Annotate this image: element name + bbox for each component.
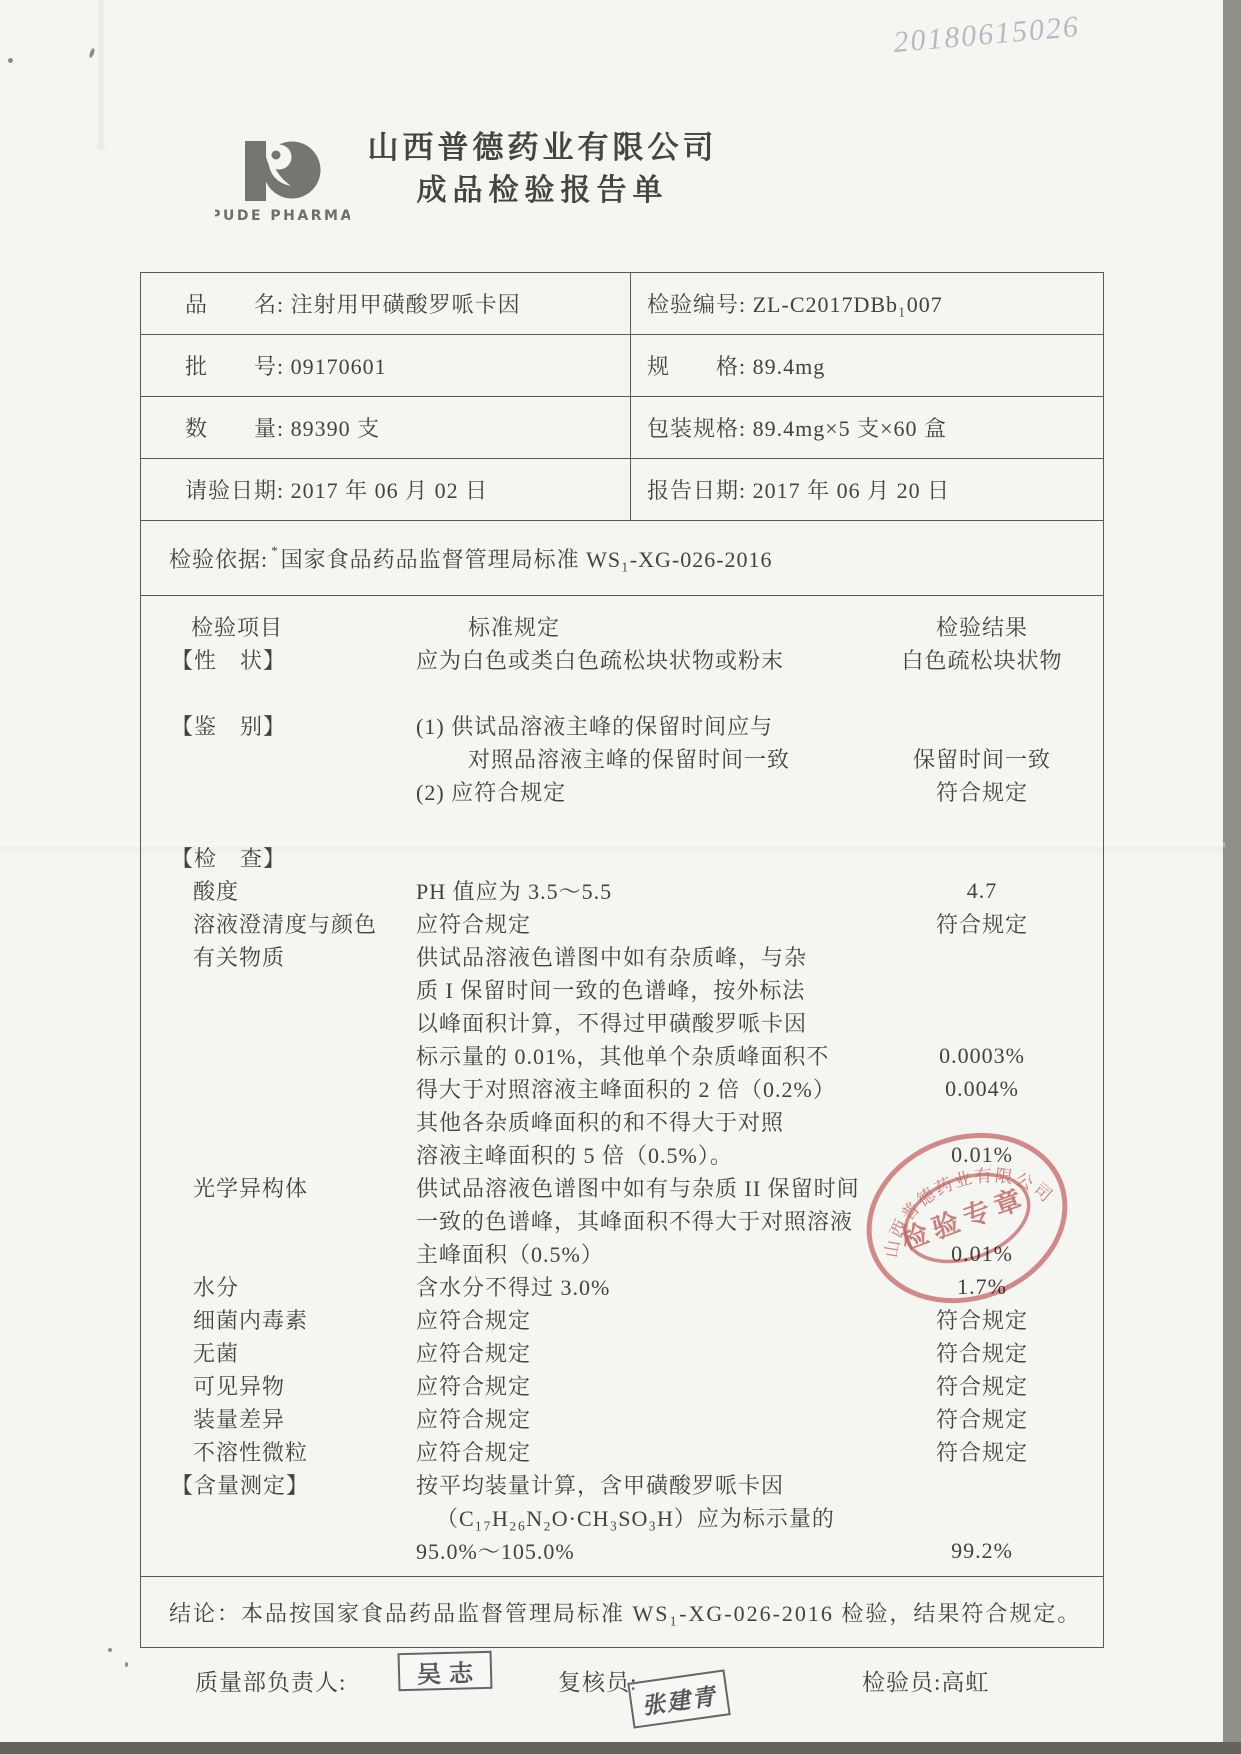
item-row: 对照品溶液主峰的保留时间一致保留时间一致 [141, 742, 1103, 775]
item-row: 酸度PH 值应为 3.5～5.54.7 [141, 874, 1103, 907]
items-header-row: 检验项目标准规定检验结果 [141, 610, 1103, 643]
items-spacer-row [141, 808, 1103, 841]
item-row: 标示量的 0.01%，其他单个杂质峰面积不0.0003% [141, 1039, 1103, 1072]
item-row: 以峰面积计算，不得过甲磺酸罗哌卡因 [141, 1006, 1103, 1039]
inspection-number: 检验编号: ZL-C2017DBb₁007 [631, 273, 1103, 334]
specification: 规 格: 89.4mg [631, 335, 1103, 396]
item-standard: 含水分不得过 3.0% [406, 1271, 861, 1302]
info-row-product: 品 名: 注射用甲磺酸罗哌卡因 检验编号: ZL-C2017DBb₁007 [141, 273, 1103, 335]
scan-artifact [108, 1648, 112, 1652]
item-row: 不溶性微粒应符合规定符合规定 [141, 1435, 1103, 1468]
item-row: 【检 查】 [141, 841, 1103, 874]
item-name: 细菌内毒素 [141, 1304, 406, 1335]
report-title: 成品检验报告单 [0, 165, 1085, 209]
item-standard: (2) 应符合规定 [406, 776, 861, 807]
item-name: 可见异物 [141, 1370, 406, 1401]
item-result: 符合规定 [861, 1337, 1103, 1368]
item-row: 得大于对照溶液主峰面积的 2 倍（0.2%）0.004% [141, 1072, 1103, 1105]
quantity: 数 量: 89390 支 [141, 397, 631, 458]
inspection-stamp: 山西普德药业有限公司 检验专章 [845, 1118, 1089, 1318]
report-date: 报告日期: 2017 年 06 月 20 日 [631, 459, 1103, 520]
item-name: 酸度 [141, 875, 406, 906]
product-name: 品 名: 注射用甲磺酸罗哌卡因 [141, 273, 631, 334]
item-standard: 溶液主峰面积的 5 倍（0.5%）。 [406, 1139, 861, 1170]
item-name: 【性 状】 [141, 644, 406, 675]
item-name: 有关物质 [141, 941, 406, 972]
info-row-dates: 请验日期: 2017 年 06 月 02 日 报告日期: 2017 年 06 月… [141, 459, 1103, 521]
report-table: 品 名: 注射用甲磺酸罗哌卡因 检验编号: ZL-C2017DBb₁007 批 … [140, 272, 1104, 1648]
scanned-report-page: 20180615026 PUDE PHARMA 山西普德药业有限公司 成品检验报… [0, 0, 1241, 1754]
item-row: 无菌应符合规定符合规定 [141, 1336, 1103, 1369]
item-result: 符合规定 [861, 776, 1103, 807]
item-result: 白色疏松块状物 [861, 644, 1103, 675]
item-row: 【性 状】应为白色或类白色疏松块状物或粉末白色疏松块状物 [141, 643, 1103, 676]
item-standard: 其他各杂质峰面积的和不得大于对照 [406, 1106, 861, 1137]
svg-text:山西普德药业有限公司: 山西普德药业有限公司 [862, 1140, 1061, 1265]
scan-edge-right [1223, 0, 1241, 1754]
handwritten-number: 20180615026 [892, 2, 1174, 60]
item-result: 符合规定 [861, 1436, 1103, 1467]
item-standard: 质 I 保留时间一致的色谱峰，按外标法 [406, 974, 861, 1005]
batch-number: 批 号: 09170601 [141, 335, 631, 396]
item-row: (2) 应符合规定符合规定 [141, 775, 1103, 808]
item-standard: 对照品溶液主峰的保留时间一致 [406, 743, 861, 774]
item-result: 0.004% [861, 1076, 1103, 1102]
conclusion: 结论：本品按国家食品药品监督管理局标准 WS₁-XG-026-2016 检验，结… [141, 1576, 1103, 1647]
request-date: 请验日期: 2017 年 06 月 02 日 [141, 459, 631, 520]
basis-value: 国家食品药品监督管理局标准 WS₁-XG-026-2016 [281, 543, 773, 574]
item-row: （C₁₇H₂₆N₂O·CH₃SO₃H）应为标示量的 [141, 1501, 1103, 1534]
item-standard: 以峰面积计算，不得过甲磺酸罗哌卡因 [406, 1007, 861, 1038]
item-standard: （C₁₇H₂₆N₂O·CH₃SO₃H）应为标示量的 [406, 1502, 861, 1533]
item-standard: 标示量的 0.01%，其他单个杂质峰面积不 [406, 1040, 861, 1071]
item-standard: 应符合规定 [406, 1337, 861, 1368]
info-row-batch: 批 号: 09170601 规 格: 89.4mg [141, 335, 1103, 397]
item-row: 【含量测定】按平均装量计算，含甲磺酸罗哌卡因 [141, 1468, 1103, 1501]
basis-label: 检验依据: [169, 543, 268, 574]
item-row: 可见异物应符合规定符合规定 [141, 1369, 1103, 1402]
item-standard: 95.0%～105.0% [406, 1535, 861, 1566]
company-name: 山西普德药业有限公司 [0, 122, 1085, 167]
scan-artifact [88, 48, 95, 59]
item-standard: 按平均装量计算，含甲磺酸罗哌卡因 [406, 1469, 861, 1500]
reviewer-name-stamp: 张建青 [627, 1669, 730, 1728]
logo-text: PUDE PHARMA [215, 208, 350, 224]
item-result: 4.7 [861, 878, 1103, 904]
item-row: 有关物质供试品溶液色谱图中如有杂质峰，与杂 [141, 940, 1103, 973]
item-standard: 应符合规定 [406, 1436, 861, 1467]
item-standard: 应符合规定 [406, 1403, 861, 1434]
items-spacer-row [141, 676, 1103, 709]
item-standard: PH 值应为 3.5～5.5 [406, 875, 861, 906]
item-name: 光学异构体 [141, 1172, 406, 1203]
item-standard: 应符合规定 [406, 1304, 861, 1335]
item-name: 不溶性微粒 [141, 1436, 406, 1467]
item-row: 装量差异应符合规定符合规定 [141, 1402, 1103, 1435]
stamp-company-text: 山西普德药业有限公司 [862, 1140, 1061, 1265]
item-name: 【含量测定】 [141, 1469, 406, 1500]
item-result: 符合规定 [861, 1370, 1103, 1401]
item-standard: 供试品溶液色谱图中如有与杂质 II 保留时间 [406, 1172, 861, 1203]
item-name: 溶液澄清度与颜色 [141, 908, 406, 939]
qa-manager-name-stamp: 吴志 [398, 1651, 493, 1691]
scan-artifact [8, 58, 13, 63]
item-name: 无菌 [141, 1337, 406, 1368]
inspection-basis: 检验依据:*国家食品药品监督管理局标准 WS₁-XG-026-2016 [141, 521, 1103, 596]
package-spec: 包装规格: 89.4mg×5 支×60 盒 [631, 397, 1103, 458]
scan-edge-bottom [0, 1742, 1241, 1754]
qa-manager-label: 质量部负责人: [195, 1664, 346, 1697]
item-standard: (1) 供试品溶液主峰的保留时间应与 [406, 710, 861, 741]
item-row: 溶液澄清度与颜色应符合规定符合规定 [141, 907, 1103, 940]
item-standard: 标准规定 [406, 611, 861, 642]
item-row: 【鉴 别】(1) 供试品溶液主峰的保留时间应与 [141, 709, 1103, 742]
inspector-name: 检验员:高虹 [862, 1664, 989, 1697]
item-name: 【检 查】 [141, 842, 406, 873]
item-result: 保留时间一致 [861, 743, 1103, 774]
item-row: 95.0%～105.0%99.2% [141, 1534, 1103, 1567]
item-name: 检验项目 [141, 611, 406, 642]
item-result: 符合规定 [861, 1403, 1103, 1434]
info-row-quantity: 数 量: 89390 支 包装规格: 89.4mg×5 支×60 盒 [141, 397, 1103, 459]
item-standard: 主峰面积（0.5%） [406, 1238, 861, 1269]
item-name: 装量差异 [141, 1403, 406, 1434]
item-standard: 应符合规定 [406, 1370, 861, 1401]
item-standard: 得大于对照溶液主峰面积的 2 倍（0.2%） [406, 1073, 861, 1104]
item-standard: 供试品溶液色谱图中如有杂质峰，与杂 [406, 941, 861, 972]
item-standard: 一致的色谱峰，其峰面积不得大于对照溶液 [406, 1205, 861, 1236]
item-result: 0.0003% [861, 1043, 1103, 1069]
item-result: 符合规定 [861, 908, 1103, 939]
items-table: 检验项目标准规定检验结果【性 状】应为白色或类白色疏松块状物或粉末白色疏松块状物… [141, 596, 1103, 1576]
scan-artifact [125, 1662, 128, 1667]
reviewer-label: 复核员: [558, 1664, 637, 1697]
item-standard: 应为白色或类白色疏松块状物或粉末 [406, 644, 861, 675]
item-name: 【鉴 别】 [141, 710, 406, 741]
item-standard: 应符合规定 [406, 908, 861, 939]
item-result: 99.2% [861, 1538, 1103, 1564]
basis-footnote-mark: * [271, 543, 279, 559]
item-name: 水分 [141, 1271, 406, 1302]
item-row: 质 I 保留时间一致的色谱峰，按外标法 [141, 973, 1103, 1006]
item-result: 检验结果 [861, 611, 1103, 642]
